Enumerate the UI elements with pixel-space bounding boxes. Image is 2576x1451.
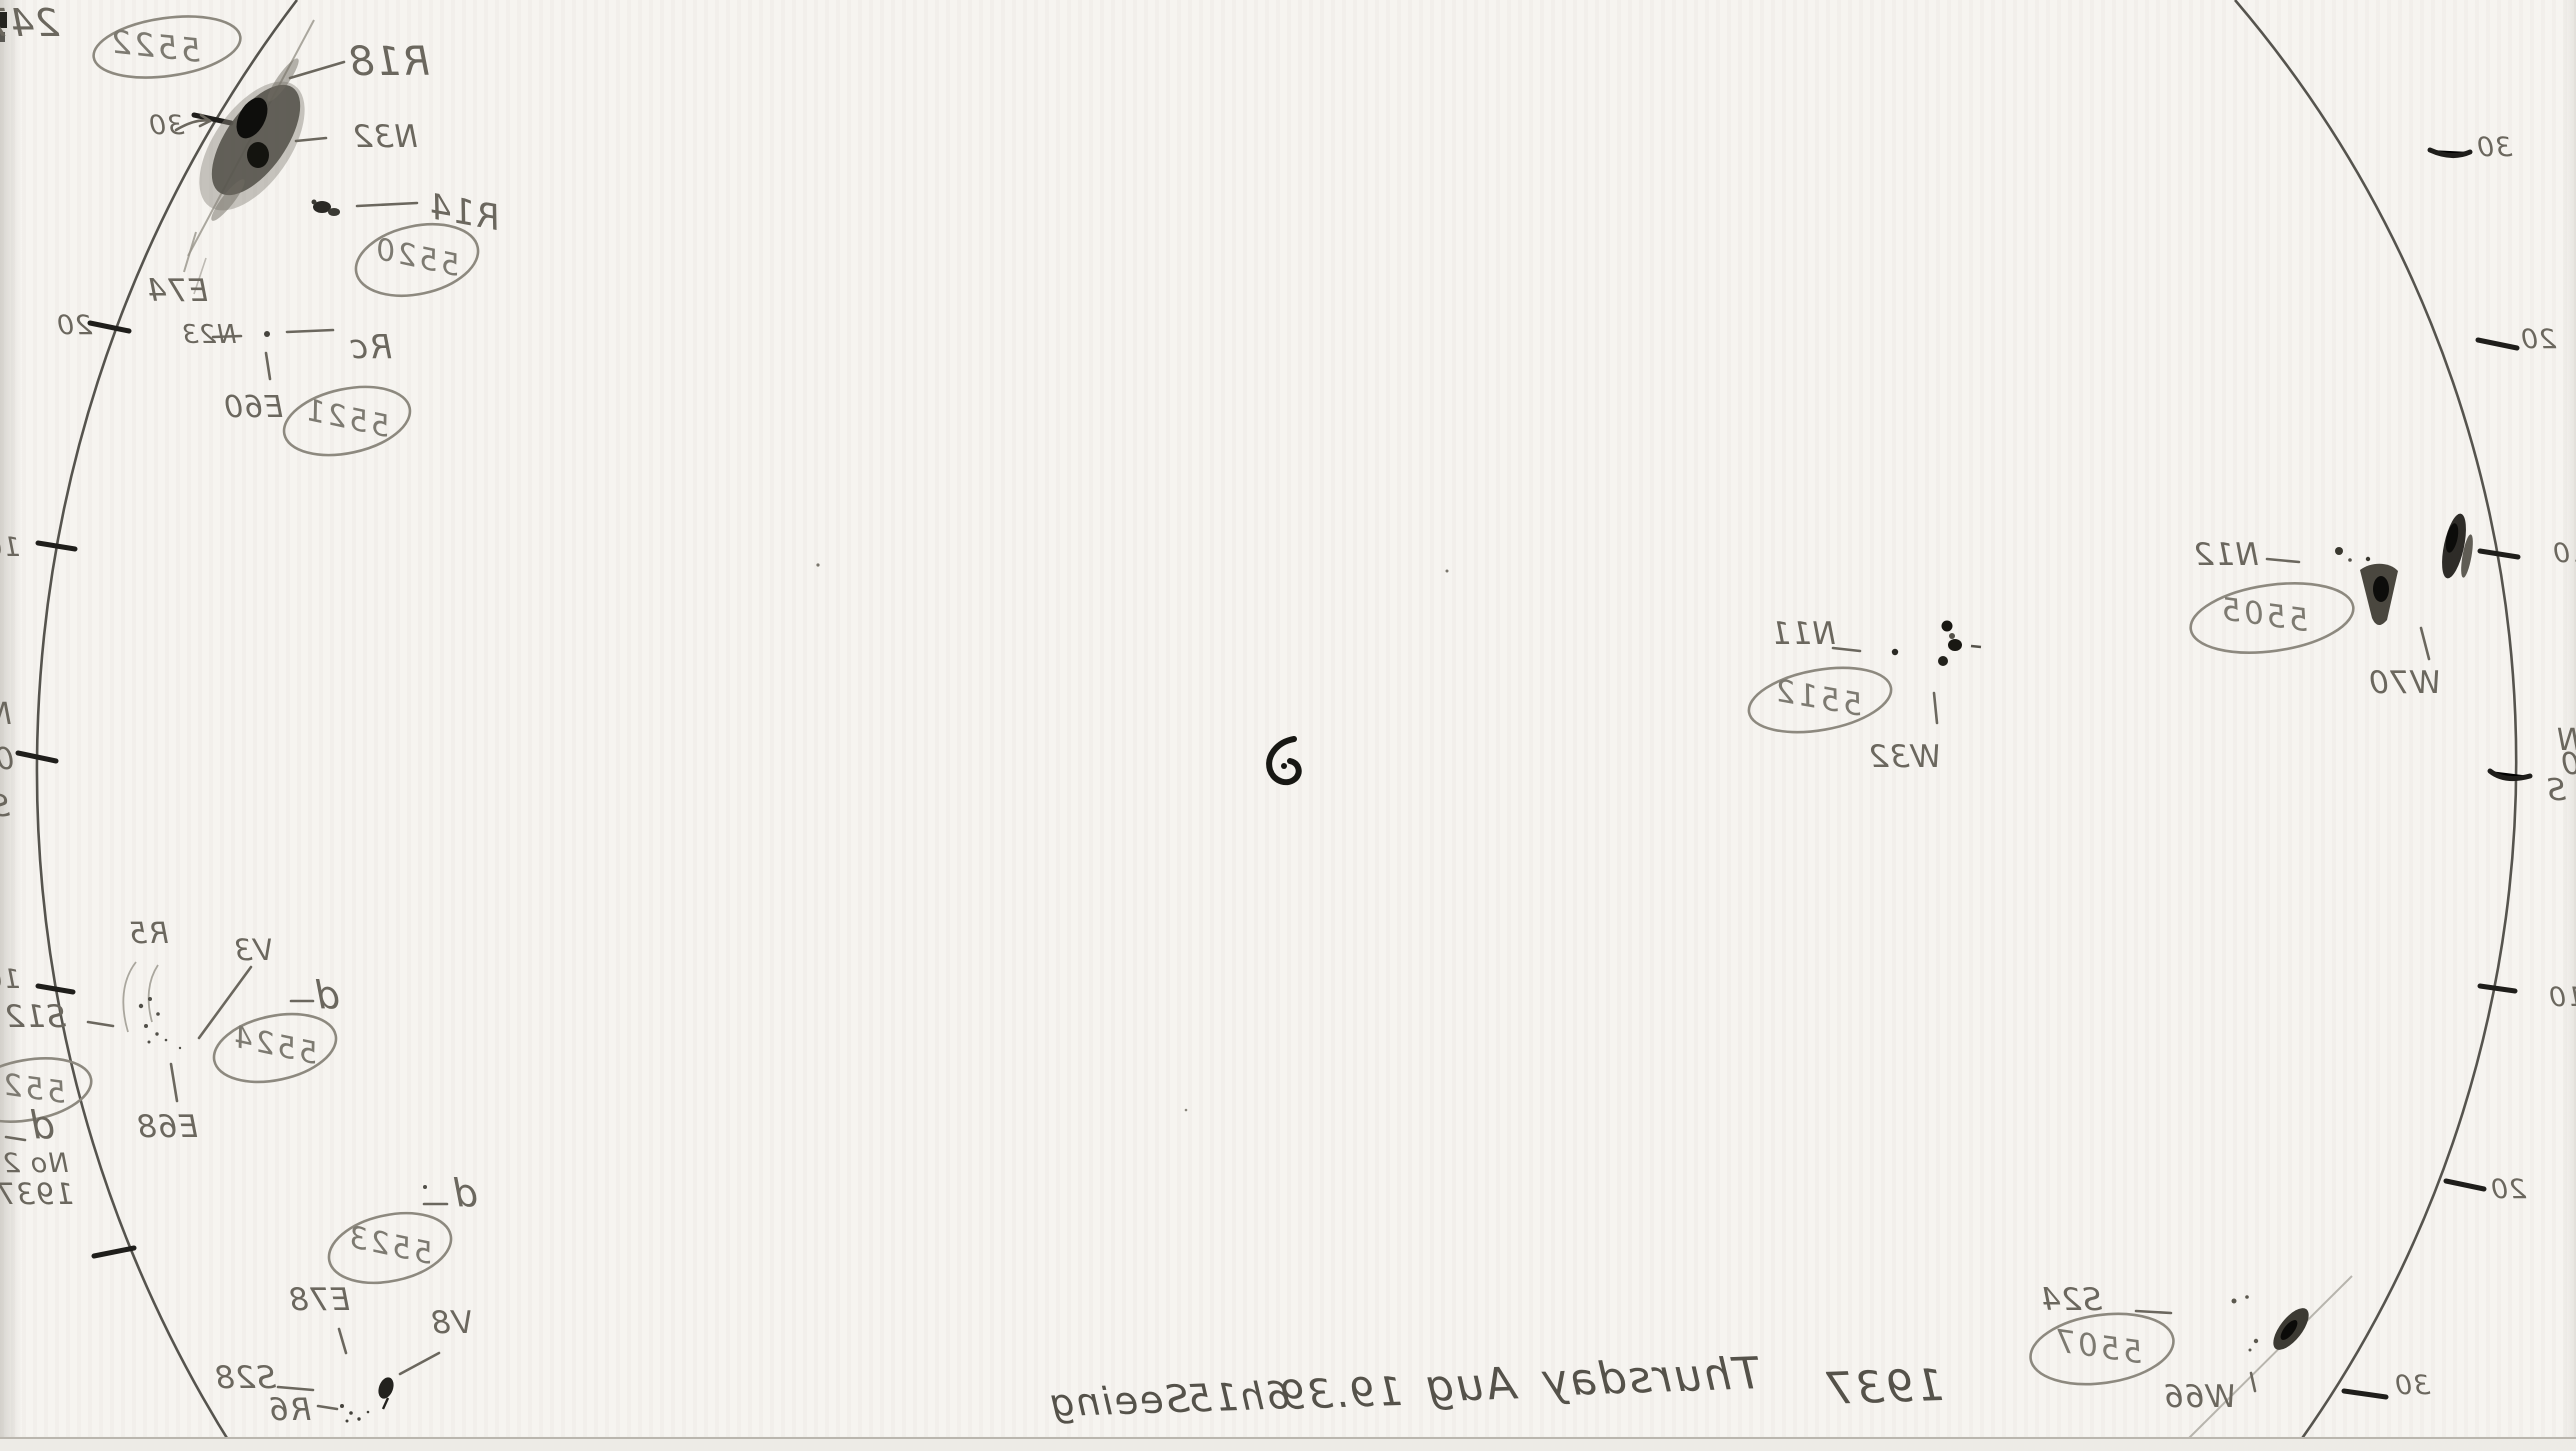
sunspot-group-5512 xyxy=(1892,621,1981,667)
tick-west-equator xyxy=(2490,771,2530,779)
paper-edge xyxy=(0,1437,2576,1451)
sunspot-group-5507 xyxy=(2232,1295,2316,1355)
sunspot-group-5505 xyxy=(2335,512,2475,625)
group-number-5522: 5522 xyxy=(107,25,203,67)
label-w32: W32 xyxy=(1868,742,1941,773)
tick-label-west-s20: 20 xyxy=(2490,1176,2526,1203)
label-w66: W66 xyxy=(2163,1382,2236,1413)
tick-east-s20 xyxy=(94,1248,134,1256)
label-d-5523: d xyxy=(453,1174,478,1212)
label-east-limb-note: No 2 xyxy=(2,1150,68,1177)
label-n11: N11 xyxy=(1770,619,1836,650)
equator-label-east-s: S xyxy=(0,792,10,822)
label-n23: N23 xyxy=(181,322,237,348)
tick-west-n30 xyxy=(2430,150,2470,156)
equator-label-east-n: N xyxy=(0,700,11,730)
tick-east-s10 xyxy=(38,986,73,992)
label-e78: E78 xyxy=(288,1285,350,1316)
tick-label-east-n10: 10 xyxy=(0,534,20,561)
sunspot-group-5524 xyxy=(139,997,181,1049)
label-rc: Rc xyxy=(349,330,392,363)
label-d-east-limb: d xyxy=(30,1106,55,1144)
equator-label-west-s: S xyxy=(2546,776,2566,806)
tick-label-west-n10: 10 xyxy=(2552,540,2576,567)
sunspot-group-5522 xyxy=(178,55,325,228)
group-number-circles xyxy=(0,8,2358,1393)
date-year: 1937 xyxy=(1823,1364,1944,1412)
label-s24: S24 xyxy=(2040,1285,2102,1316)
tick-west-n20 xyxy=(2478,340,2517,348)
tick-label-west-s10: 10 xyxy=(2548,984,2576,1011)
tick-label-west-n30: 30 xyxy=(2476,134,2512,161)
tick-east-n10 xyxy=(38,543,75,549)
label-e68: E68 xyxy=(136,1112,198,1143)
tick-label-east-s10: 10 xyxy=(0,966,20,993)
date-weekday: Thursday xyxy=(1539,1352,1761,1404)
label-v8: V8 xyxy=(430,1308,473,1339)
label-r18: R18 xyxy=(348,42,430,82)
seeing-note: Seeing xyxy=(1047,1380,1190,1423)
disk-center-mark xyxy=(1269,739,1299,782)
limb-west-arc xyxy=(2235,0,2516,1451)
label-n12: N12 xyxy=(2193,540,2259,571)
date-day: 19.39 xyxy=(1277,1372,1403,1416)
label-r6: R6 xyxy=(268,1395,311,1426)
date-time: 6h15 xyxy=(1185,1376,1291,1418)
sunspot-drawing-scan: 247 5522 R18 N32 30 E74 R14 5520 N23 Rc … xyxy=(0,0,2576,1451)
date-month: Aug xyxy=(1423,1362,1516,1409)
tick-label-west-s30: 30 xyxy=(2394,1372,2430,1399)
sunspot-group-5521 xyxy=(264,331,270,337)
sunspot-group-5520 xyxy=(312,200,341,217)
tick-west-n10 xyxy=(2480,551,2518,557)
tick-label-east-n20: 20 xyxy=(56,312,92,339)
label-n32: N32 xyxy=(352,122,418,153)
label-s12: S12 xyxy=(4,1002,66,1033)
label-east-limb-year: 1937 xyxy=(0,1180,74,1209)
label-r5: R5 xyxy=(128,919,169,948)
limb-east-arc xyxy=(37,0,297,1451)
tick-east-n20 xyxy=(90,323,129,331)
label-v3: V3 xyxy=(233,936,273,965)
tick-west-s20 xyxy=(2446,1181,2484,1189)
tick-west-s10 xyxy=(2480,986,2515,991)
tick-label-west-n20: 20 xyxy=(2520,326,2556,353)
faculae-streaks xyxy=(123,20,2352,1441)
label-e74: E74 xyxy=(146,276,208,307)
tick-west-s30 xyxy=(2344,1391,2386,1397)
label-e60: E60 xyxy=(223,393,283,423)
label-w70: W70 xyxy=(2368,668,2441,699)
equator-label-east-0: 0 xyxy=(0,745,14,775)
label-limb-30: 30 xyxy=(148,112,184,139)
corner-number: 247 xyxy=(0,4,60,42)
label-d-5524: d xyxy=(315,976,340,1014)
label-s28: S28 xyxy=(214,1363,276,1394)
